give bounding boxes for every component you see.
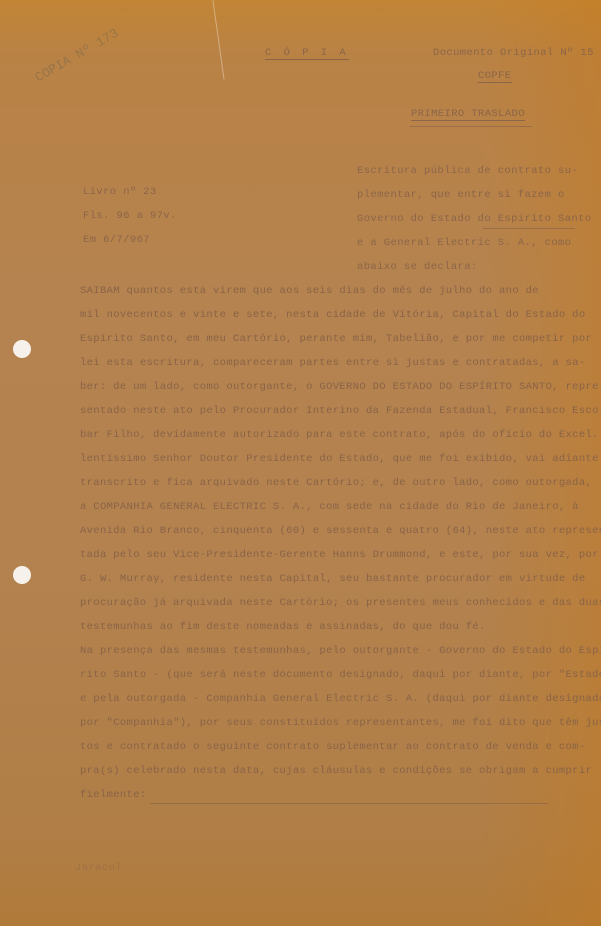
document-page: COPIA Nº 173 C Ó P I A Documento Origina… [0, 0, 601, 926]
body-line: ber: de um lado, como outorgante, o GOVE… [80, 381, 550, 393]
registry-date: Em 6/7/967 [83, 234, 150, 246]
traslado-title: PRIMEIRO TRASLADO [411, 108, 525, 120]
body-line: por "Companhia"), por seus constituídos … [80, 717, 550, 729]
copy-stamp: COPIA Nº 173 [33, 26, 122, 86]
registry-book: Livro nº 23 [83, 186, 157, 198]
punch-hole-bottom [13, 566, 31, 584]
closing-dash-rule [150, 803, 548, 804]
body-line: tada pelo seu Vice-Presidente-Gerente Ha… [80, 549, 550, 561]
document-code: COPFE [478, 70, 512, 82]
body-line: e pela outorgada - Companhia General Ele… [80, 693, 550, 705]
body-line: bar Filho, devidamente autorizado para e… [80, 429, 550, 441]
body-line: tos e contratado o seguinte contrato sup… [80, 741, 550, 753]
body-line: mil novecentos e vinte e sete, nesta cid… [80, 309, 550, 321]
faint-footer-note: Jaracel [75, 862, 122, 874]
body-line: a COMPANHIA GENERAL ELECTRIC S. A., com … [80, 501, 550, 513]
body-line: Espírito Santo, em meu Cartório, perante… [80, 333, 550, 345]
body-line: Na presença das mesmas testemunhas, pelo… [80, 645, 550, 657]
body-line: transcrito e fica arquivado neste Cartór… [80, 477, 550, 489]
body-line: fielmente: [80, 789, 550, 801]
body-line: testemunhas ao fim deste nomeadas e assi… [80, 621, 550, 633]
body-line: lentíssimo Senhor Doutor Presidente do E… [80, 453, 550, 465]
title-rule [410, 126, 532, 127]
body-line: rito Santo - (que será neste documento d… [80, 669, 550, 681]
summary-line: e a General Electric S. A., como [357, 237, 571, 249]
body-line: pra(s) celebrado nesta data, cujas cláus… [80, 765, 550, 777]
body-line: procuração já arquivada neste Cartório; … [80, 597, 550, 609]
paper-fold [212, 0, 224, 79]
original-document-number: Documento Original Nº 15 [433, 47, 594, 59]
body-line: lei esta escritura, compareceram partes … [80, 357, 550, 369]
summary-line: plementar, que entre si fazem o [357, 189, 565, 201]
summary-line: Governo do Estado do Espírito Santo [357, 213, 592, 225]
body-line: G. W. Murray, residente nesta Capital, s… [80, 573, 550, 585]
summary-underline [483, 228, 575, 229]
body-line: SAIBAM quantos esta virem que aos seis d… [80, 285, 550, 297]
summary-line: Escritura pública de contrato su- [357, 165, 578, 177]
body-line: sentado neste ato pelo Procurador Interi… [80, 405, 550, 417]
body-line: Avenida Rio Branco, cinquenta (60) e ses… [80, 525, 550, 537]
punch-hole-top [13, 340, 31, 358]
summary-line: abaixo se declara: [357, 261, 478, 273]
registry-folios: Fls. 96 a 97v. [83, 210, 177, 222]
copy-label: C Ó P I A [265, 47, 349, 59]
